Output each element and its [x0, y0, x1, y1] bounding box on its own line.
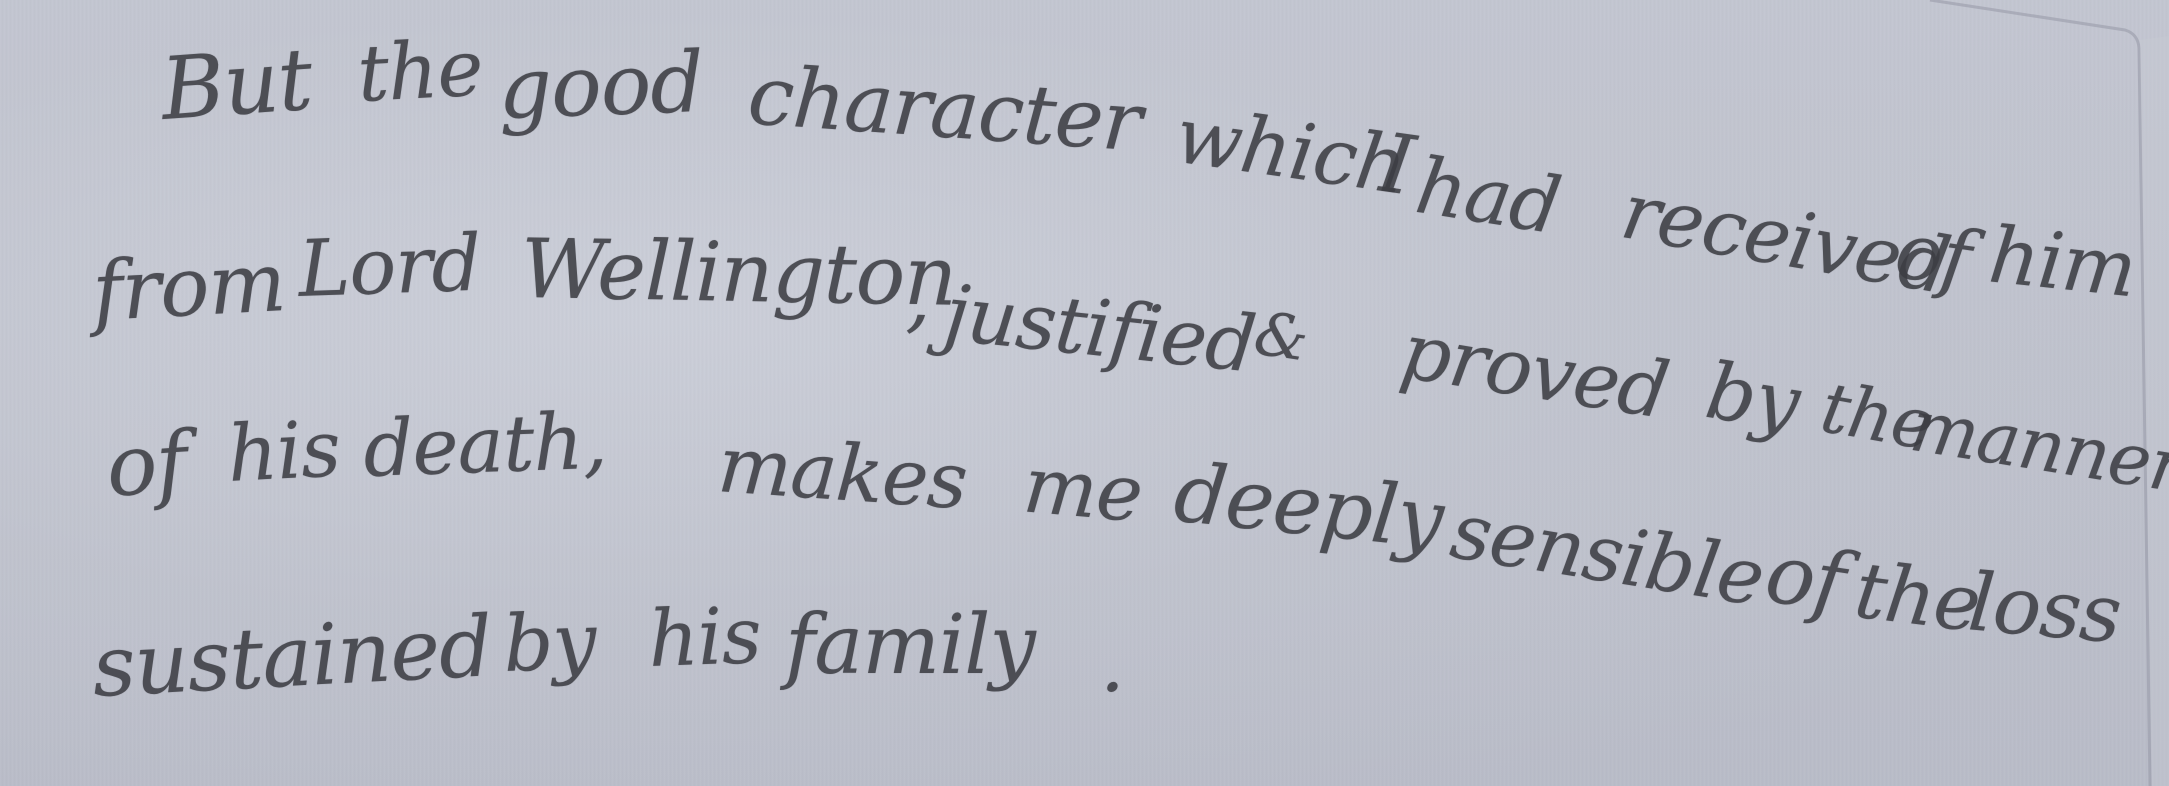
word: by	[502, 597, 597, 690]
word: sustained	[90, 597, 494, 716]
word: his	[647, 591, 762, 685]
word: .	[1100, 620, 1124, 710]
document-photo: But the good character which I had recei…	[0, 0, 2169, 786]
handwriting-line-4: sustained by his family .	[0, 0, 2169, 786]
word: family	[785, 598, 1035, 693]
